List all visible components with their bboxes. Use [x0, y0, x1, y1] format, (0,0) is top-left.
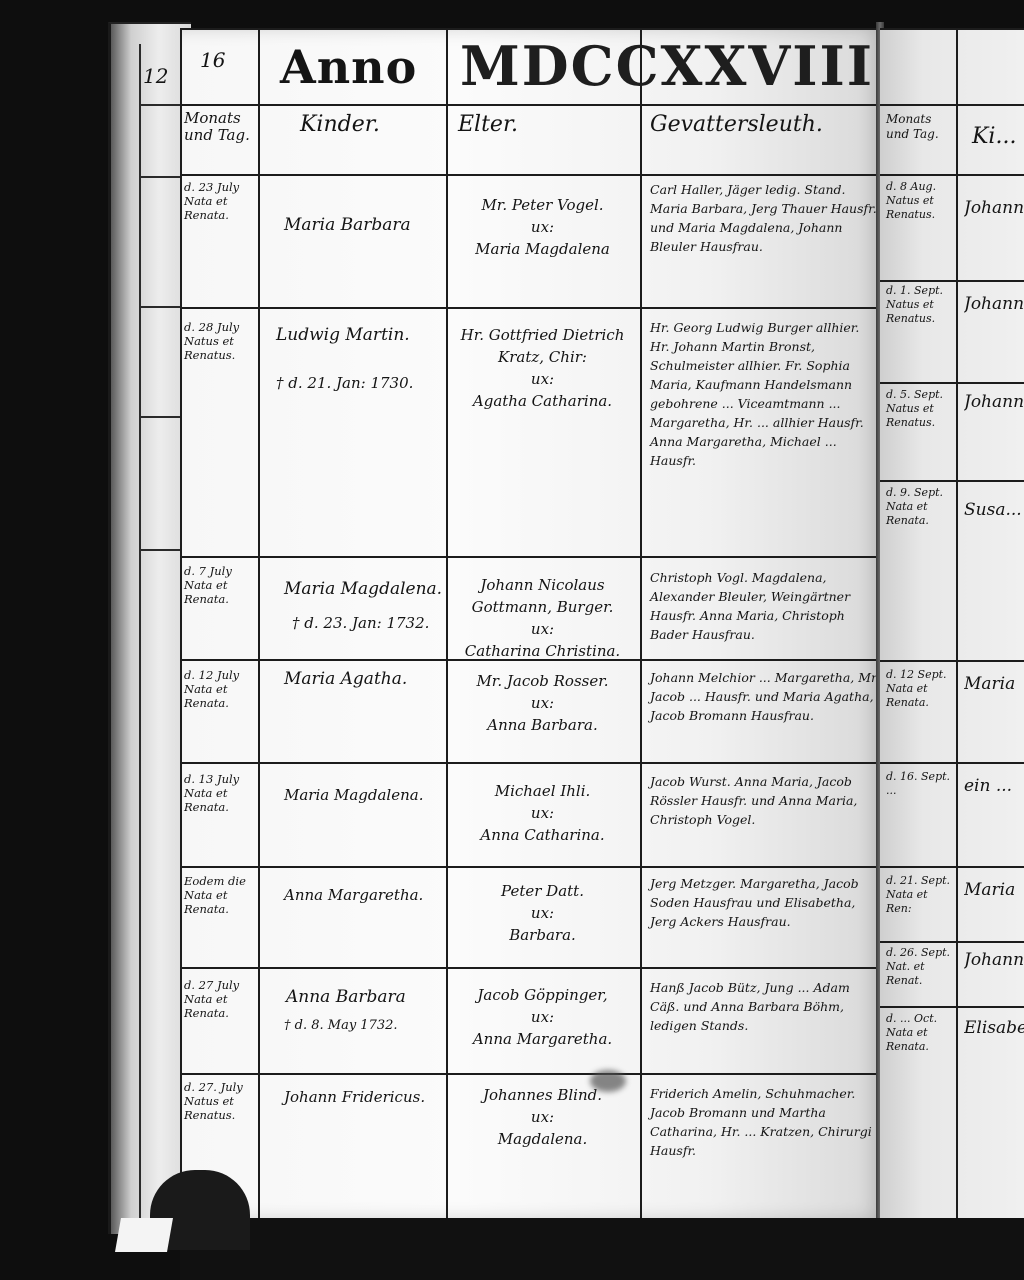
title-row: 16 Anno MDCCXXVIII.: [180, 28, 886, 104]
register-page: 16 Anno MDCCXXVIII. Monats und Tag. Kind…: [180, 28, 886, 1220]
row-rule: [880, 280, 1024, 282]
facing-entry-name: Maria: [964, 880, 1024, 900]
entry-parents: Jacob Göppinger, ux: Anna Margaretha.: [450, 984, 635, 1050]
row-rule: [180, 967, 886, 969]
entry-date: d. 12 July Nata et Renata.: [184, 668, 258, 710]
row-rule: [180, 307, 886, 309]
row-rule: [880, 480, 1024, 482]
row-rule: [880, 866, 1024, 868]
facing-entry-date: d. 21. Sept. Nata et Ren:: [886, 874, 954, 916]
entry-ux: ux:: [450, 216, 635, 238]
entry-date: d. 28 July Natus et Renatus.: [184, 320, 258, 362]
entry-ux: ux:: [450, 692, 635, 714]
entry-ux: ux:: [450, 902, 635, 924]
entry-child: Maria Barbara: [284, 214, 464, 236]
facing-entry-date: d. 9. Sept. Nata et Renata.: [886, 486, 954, 528]
entry-parents: Peter Datt. ux: Barbara.: [450, 880, 635, 946]
row-rule: [180, 174, 886, 176]
column-header-date: Monats und Tag.: [184, 110, 256, 144]
entry-mother: Magdalena.: [450, 1128, 635, 1150]
entry-parents: Johannes Blind. ux: Magdalena.: [450, 1084, 635, 1150]
entry-child: Maria Agatha.: [284, 668, 464, 690]
facing-entry-date: d. 8 Aug. Natus et Renatus.: [886, 180, 954, 222]
column-header-godparents: Gevattersleuth.: [650, 112, 823, 137]
row-rule: [880, 382, 1024, 384]
entry-father: Mr. Peter Vogel.: [450, 194, 635, 216]
facing-entry-date: d. 5. Sept. Natus et Renatus.: [886, 388, 954, 430]
previous-page-number: 12: [143, 64, 168, 88]
title-anno: Anno: [280, 40, 417, 94]
entry-mother: Agatha Catharina.: [450, 390, 635, 412]
entry-ux: ux:: [450, 368, 635, 390]
column-header-children: Kinder.: [300, 112, 380, 137]
entry-godparents: Hanß Jacob Bütz, Jung ... Adam Cäß. und …: [650, 978, 880, 1035]
entry-child: Maria Magdalena.: [284, 578, 464, 600]
row-rule: [880, 941, 1024, 943]
facing-entry-date: d. 26. Sept. Nat. et Renat.: [886, 946, 954, 988]
entry-mother: Barbara.: [450, 924, 635, 946]
row-rule: [180, 104, 886, 106]
entry-date: d. 27 July Nata et Renata.: [184, 978, 258, 1020]
previous-page-column-rule: [139, 44, 141, 1224]
column-rule: [446, 28, 448, 1220]
entry-child: Ludwig Martin.: [276, 324, 456, 346]
entry-date: d. 13 July Nata et Renata.: [184, 772, 258, 814]
row-rule: [880, 660, 1024, 662]
column-rule: [956, 28, 958, 1220]
entry-date: d. 27. July Natus et Renatus.: [184, 1080, 258, 1122]
entry-godparents: Johann Melchior ... Margaretha, Mr. Jaco…: [650, 668, 880, 725]
entry-parents: Mr. Peter Vogel. ux: Maria Magdalena: [450, 194, 635, 260]
row-rule: [880, 174, 1024, 176]
entry-godparents: Christoph Vogl. Magdalena, Alexander Ble…: [650, 568, 880, 644]
facing-entry-name: Maria: [964, 674, 1024, 694]
column-header-parents: Elter.: [458, 112, 518, 137]
row-rule: [180, 1073, 886, 1075]
previous-page-edge: 12: [108, 22, 191, 1234]
entry-parents: Johann Nicolaus Gottmann, Burger. ux: Ca…: [450, 574, 635, 662]
row-rule: [180, 762, 886, 764]
title-year: MDCCXXVIII.: [460, 34, 895, 98]
row-rule: [880, 28, 1024, 30]
column-rule: [640, 28, 642, 1220]
row-rule: [180, 866, 886, 868]
facing-entry-date: d. 1. Sept. Natus et Renatus.: [886, 284, 954, 326]
entry-child: Johann Fridericus.: [284, 1086, 464, 1108]
entry-father: Hr. Gottfried Dietrich Kratz, Chir:: [450, 324, 635, 368]
entry-date: d. 7 July Nata et Renata.: [184, 564, 258, 606]
column-rule: [258, 28, 260, 1220]
entry-mother: Anna Barbara.: [450, 714, 635, 736]
entry-ux: ux:: [450, 1106, 635, 1128]
entry-date: d. 23 July Nata et Renata.: [184, 180, 258, 222]
entry-parents: Michael Ihli. ux: Anna Catharina.: [450, 780, 635, 846]
facing-header-name: Ki...: [972, 124, 1016, 149]
entry-death-note: † d. 23. Jan: 1732.: [292, 614, 429, 632]
entry-father: Johann Nicolaus Gottmann, Burger.: [450, 574, 635, 618]
book-bottom-shadow: [180, 1218, 1024, 1280]
facing-entry-date: d. 16. Sept. ...: [886, 770, 954, 798]
entry-child: Anna Barbara: [286, 986, 466, 1008]
facing-page: Monats und Tag. Ki... d. 8 Aug. Natus et…: [880, 28, 1024, 1220]
entry-death-note: † d. 8. May 1732.: [284, 1018, 398, 1033]
entry-mother: Anna Margaretha.: [450, 1028, 635, 1050]
entry-father: Michael Ihli.: [450, 780, 635, 802]
entry-father: Mr. Jacob Rosser.: [450, 670, 635, 692]
facing-header-date: Monats und Tag.: [886, 112, 952, 142]
row-rule: [180, 556, 886, 558]
facing-entry-name: Susa...: [964, 500, 1024, 520]
entry-mother: Maria Magdalena: [450, 238, 635, 260]
entry-ux: ux:: [450, 1006, 635, 1028]
facing-entry-name: Johann: [964, 198, 1024, 218]
column-rule: [180, 28, 182, 1220]
entry-father: Peter Datt.: [450, 880, 635, 902]
entry-father: Jacob Göppinger,: [450, 984, 635, 1006]
page-number: 16: [200, 48, 225, 72]
facing-entry-date: d. 12 Sept. Nata et Renata.: [886, 668, 954, 710]
row-rule: [880, 1006, 1024, 1008]
entry-godparents: Jerg Metzger. Margaretha, Jacob Soden Ha…: [650, 874, 880, 931]
facing-entry-name: Elisabe...: [964, 1018, 1024, 1038]
entry-godparents: Jacob Wurst. Anna Maria, Jacob Rössler H…: [650, 772, 880, 829]
facing-entry-name: Johann: [964, 950, 1024, 970]
entry-child: Anna Margaretha.: [284, 884, 464, 906]
facing-entry-date: d. ... Oct. Nata et Renata.: [886, 1012, 954, 1054]
entry-godparents: Hr. Georg Ludwig Burger allhier. Hr. Joh…: [650, 318, 876, 470]
entry-mother: Anna Catharina.: [450, 824, 635, 846]
facing-entry-name: Johann: [964, 294, 1024, 314]
facing-entry-name: Johann: [964, 392, 1024, 412]
row-rule: [880, 104, 1024, 106]
entry-godparents: Carl Haller, Jäger ledig. Stand. Maria B…: [650, 180, 880, 256]
entry-child: Maria Magdalena.: [284, 784, 464, 806]
entry-ux: ux:: [450, 802, 635, 824]
entry-parents: Hr. Gottfried Dietrich Kratz, Chir: ux: …: [450, 324, 635, 412]
ink-stain: [590, 1070, 626, 1092]
facing-entry-name: ein ...: [964, 776, 1024, 796]
entry-date: Eodem die Nata et Renata.: [184, 874, 258, 916]
paper-tab: [115, 1218, 173, 1252]
entry-death-note: † d. 21. Jan: 1730.: [276, 374, 413, 392]
entry-godparents: Friderich Amelin, Schuhmacher. Jacob Bro…: [650, 1084, 880, 1160]
entry-parents: Mr. Jacob Rosser. ux: Anna Barbara.: [450, 670, 635, 736]
entry-mother: Catharina Christina.: [450, 640, 635, 662]
entry-ux: ux:: [450, 618, 635, 640]
row-rule: [880, 762, 1024, 764]
